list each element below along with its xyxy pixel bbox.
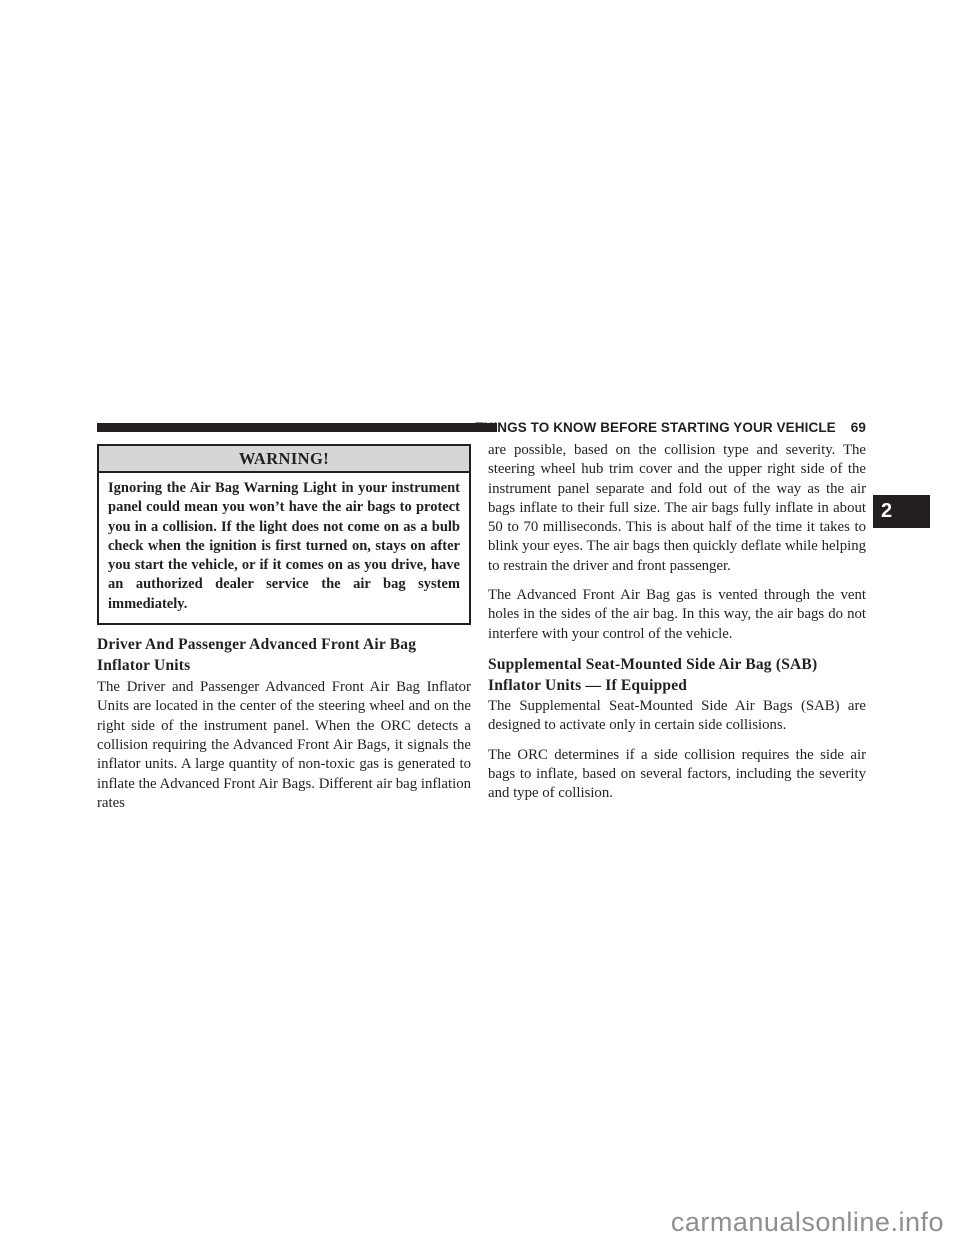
right-column: are possible, based on the collision typ… bbox=[488, 441, 866, 813]
left-column: WARNING! Ignoring the Air Bag Warning Li… bbox=[97, 444, 471, 813]
chapter-tab: 2 bbox=[873, 495, 930, 528]
header-rule bbox=[97, 423, 497, 432]
section-heading-side-airbag-inflator-units: Supplemental Seat-Mounted Side Air Bag (… bbox=[488, 654, 866, 696]
paragraph-airbag-inflation: are possible, based on the collision typ… bbox=[488, 441, 866, 576]
paragraph-orc-side-collision: The ORC determines if a side collision r… bbox=[488, 746, 866, 804]
warning-body: Ignoring the Air Bag Warning Light in yo… bbox=[99, 473, 469, 623]
watermark: carmanualsonline.info bbox=[671, 1206, 944, 1238]
warning-box: WARNING! Ignoring the Air Bag Warning Li… bbox=[97, 444, 471, 625]
paragraph-front-airbag-inflator-units: The Driver and Passenger Advanced Front … bbox=[97, 678, 471, 813]
paragraph-airbag-venting: The Advanced Front Air Bag gas is vented… bbox=[488, 586, 866, 644]
page-number: 69 bbox=[851, 420, 866, 435]
section-heading-front-airbag-inflator-units: Driver And Passenger Advanced Front Air … bbox=[97, 634, 471, 676]
running-header: THINGS TO KNOW BEFORE STARTING YOUR VEHI… bbox=[475, 421, 866, 435]
warning-title: WARNING! bbox=[99, 446, 469, 473]
running-header-title: THINGS TO KNOW BEFORE STARTING YOUR VEHI… bbox=[475, 420, 836, 435]
paragraph-side-airbag-activation: The Supplemental Seat-Mounted Side Air B… bbox=[488, 697, 866, 736]
chapter-tab-label: 2 bbox=[881, 500, 892, 523]
manual-page: THINGS TO KNOW BEFORE STARTING YOUR VEHI… bbox=[0, 0, 960, 1242]
